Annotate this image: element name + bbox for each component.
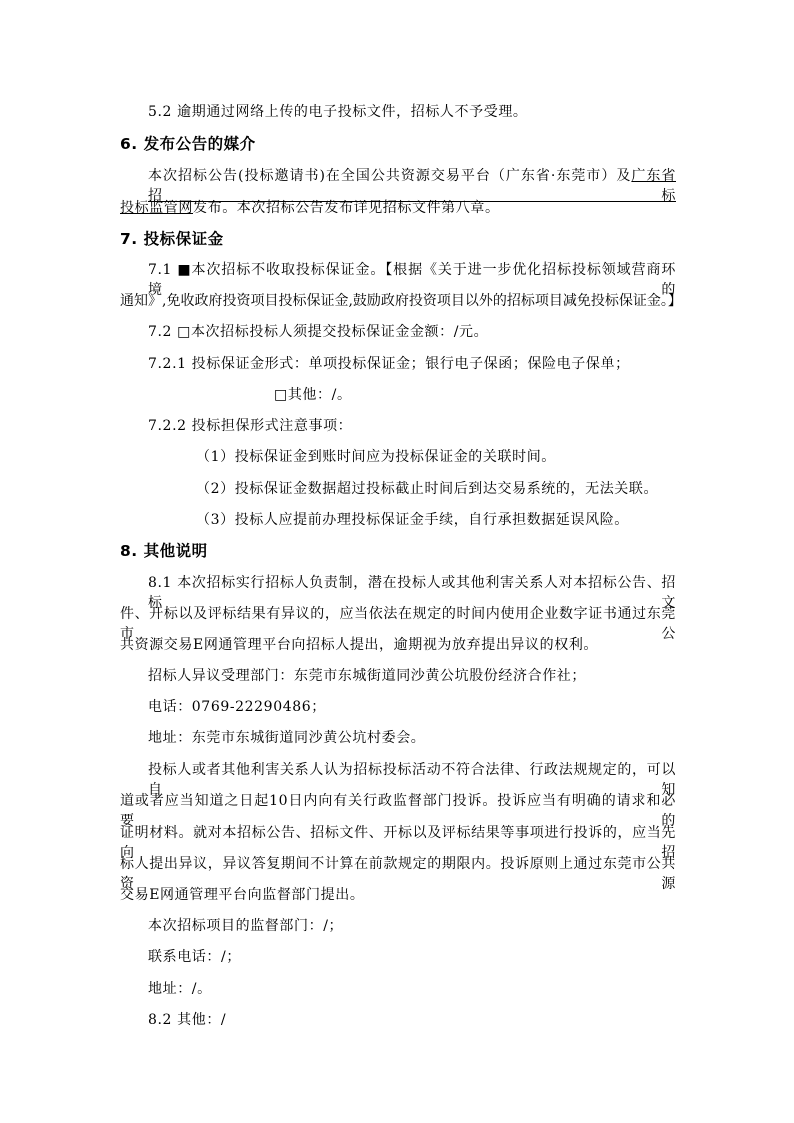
supervision-address: 地址：/。 — [148, 979, 704, 999]
clause-7-2-2-item-1: （1）投标保证金到账时间应为投标保证金的关联时间。 — [196, 447, 752, 467]
objection-phone: 电话：0769-22290486； — [148, 697, 704, 717]
heading-section-7: 7. 投标保证金 — [120, 229, 224, 249]
heading-section-6: 6. 发布公告的媒介 — [120, 134, 256, 154]
clause-7-1-line-2: 通知》,免收政府投资项目投标保证金,鼓励政府投资项目以外的招标项目减免投标保证金… — [120, 291, 676, 311]
paragraph-6-text: 本次招标公告(投标邀请书)在全国公共资源交易平台（广东省·东莞市）及 — [148, 168, 631, 184]
clause-5-2: 5.2 逾期通过网络上传的电子投标文件，招标人不予受理。 — [148, 102, 704, 122]
supervision-department: 本次招标项目的监督部门：/； — [148, 916, 704, 936]
clause-7-2-2-item-2: （2）投标保证金数据超过投标截止时间后到达交易系统的，无法关联。 — [196, 479, 752, 499]
heading-section-8: 8. 其他说明 — [120, 541, 208, 561]
complaint-line-5: 交易E网通管理平台向监督部门提出。 — [120, 885, 676, 905]
document-page: 5.2 逾期通过网络上传的电子投标文件，招标人不予受理。 6. 发布公告的媒介 … — [0, 0, 794, 1123]
paragraph-6-line-2: 投标监管网发布。本次招标公告发布详见招标文件第八章。 — [120, 198, 676, 218]
clause-7-2-2: 7.2.2 投标担保形式注意事项： — [148, 416, 704, 436]
clause-7-2-2-item-3: （3）投标人应提前办理投标保证金手续，自行承担数据延误风险。 — [196, 510, 752, 530]
clause-7-2-1-other: □其他：/。 — [274, 385, 794, 405]
paragraph-6-text-2: 发布。本次招标公告发布详见招标文件第八章。 — [193, 200, 500, 216]
guangdong-bidding-link-cont[interactable]: 投标监管网 — [120, 200, 193, 216]
clause-7-2-1: 7.2.1 投标保证金形式：单项投标保证金；银行电子保函；保险电子保单； — [148, 354, 704, 374]
clause-8-2: 8.2 其他：/ — [148, 1010, 704, 1030]
objection-address: 地址：东莞市东城街道同沙黄公坑村委会。 — [148, 728, 704, 748]
supervision-phone: 联系电话：/； — [148, 947, 704, 967]
clause-7-2: 7.2 □本次招标投标人须提交投标保证金金额：/元。 — [148, 322, 704, 342]
clause-8-1-line-3: 共资源交易E网通管理平台向招标人提出，逾期视为放弃提出异议的权利。 — [120, 635, 676, 655]
objection-department: 招标人异议受理部门：东莞市东城街道同沙黄公坑股份经济合作社； — [148, 666, 704, 686]
